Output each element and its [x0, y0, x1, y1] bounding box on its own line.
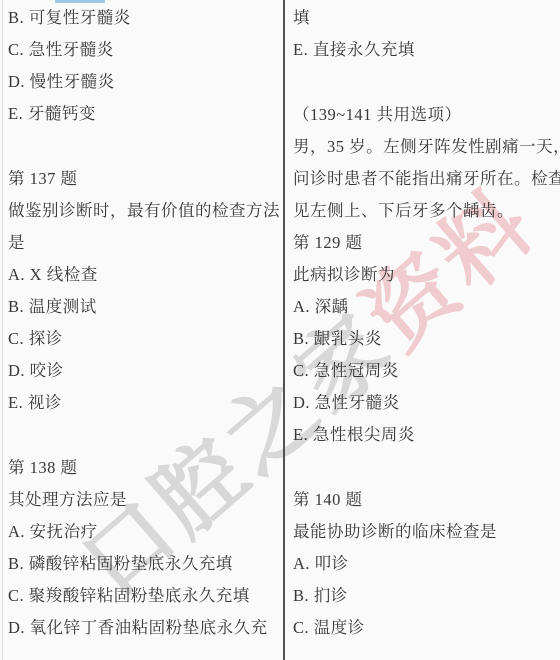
text-line: B. 温度测试	[8, 289, 282, 321]
text-line: 填	[293, 0, 559, 32]
text-line: A. 深龋	[293, 289, 559, 321]
text-line: 是	[8, 225, 282, 257]
text-line: C. 急性牙髓炎	[8, 32, 282, 64]
text-line: E. 直接永久充填	[293, 32, 559, 64]
text-line: B. 磷酸锌粘固粉垫底永久充填	[8, 546, 282, 578]
text-line: E. 视诊	[8, 385, 282, 417]
column-divider	[283, 0, 285, 660]
text-line: 此病拟诊断为	[293, 257, 559, 289]
text-line: D. 慢性牙髓炎	[8, 64, 282, 96]
text-line: D. 急性牙髓炎	[293, 385, 559, 417]
text-line: A. X 线检查	[8, 257, 282, 289]
text-line: 最能协助诊断的临床检查是	[293, 514, 559, 546]
text-line: 问诊时患者不能指出痛牙所在。检查	[293, 161, 559, 193]
exam-document-page: 口腔之家资料 B. 可复性牙髓炎C. 急性牙髓炎D. 慢性牙髓炎E. 牙髓钙变第…	[0, 0, 560, 660]
left-column: B. 可复性牙髓炎C. 急性牙髓炎D. 慢性牙髓炎E. 牙髓钙变第 137 题做…	[8, 0, 282, 642]
text-line: C. 急性冠周炎	[293, 353, 559, 385]
text-line: 其处理方法应是	[8, 482, 282, 514]
text-line: B. 扪诊	[293, 578, 559, 610]
text-line: C. 探诊	[8, 321, 282, 353]
text-line: D. 氧化锌丁香油粘固粉垫底永久充	[8, 610, 282, 642]
text-line: （139~141 共用选项）	[293, 97, 559, 129]
right-column: 填E. 直接永久充填（139~141 共用选项）男，35 岁。左侧牙阵发性剧痛一…	[293, 0, 559, 642]
text-line: 第 140 题	[293, 482, 559, 514]
text-line: 第 137 题	[8, 161, 282, 193]
text-line: A. 叩诊	[293, 546, 559, 578]
text-line: D. 咬诊	[8, 353, 282, 385]
text-line: C. 温度诊	[293, 610, 559, 642]
text-line: 男，35 岁。左侧牙阵发性剧痛一天，	[293, 129, 559, 161]
text-line: B. 可复性牙髓炎	[8, 0, 282, 32]
text-line: A. 安抚治疗	[8, 514, 282, 546]
text-line: C. 聚羧酸锌粘固粉垫底永久充填	[8, 578, 282, 610]
text-line: 见左侧上、下后牙多个龋齿。	[293, 193, 559, 225]
left-edge-line	[2, 0, 3, 660]
text-line: 第 129 题	[293, 225, 559, 257]
text-line: 第 138 题	[8, 450, 282, 482]
text-line: 做鉴别诊断时，最有价值的检查方法	[8, 193, 282, 225]
text-line: E. 牙髓钙变	[8, 96, 282, 128]
text-line: B. 龈乳头炎	[293, 321, 559, 353]
text-line: E. 急性根尖周炎	[293, 417, 559, 449]
